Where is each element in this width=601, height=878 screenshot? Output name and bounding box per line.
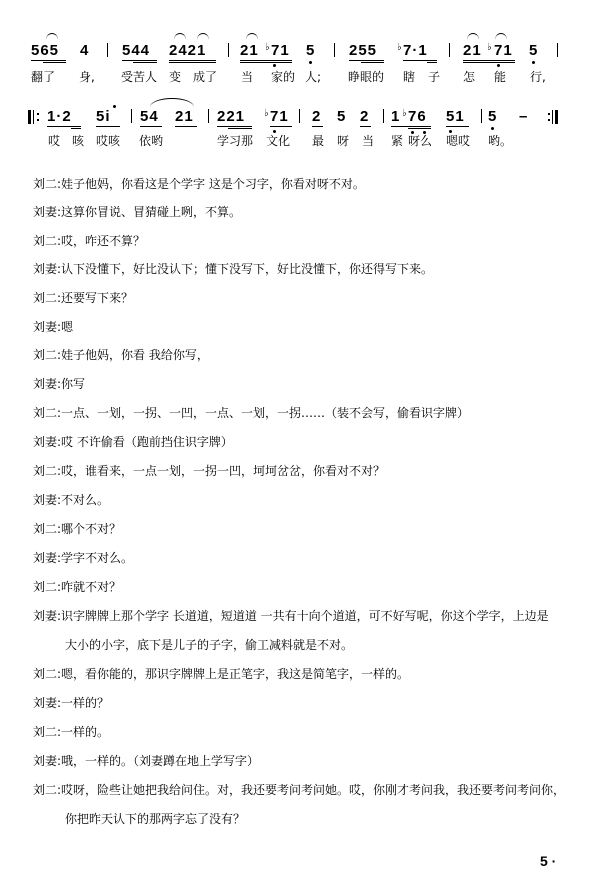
dialogue-continuation: 你把昨天认下的那两字忘了没有？ xyxy=(65,812,245,826)
dialogue-line: 刘妻:学字不对么。 xyxy=(33,551,133,565)
line-text: 哎 不许偷看（跑前挡住识字牌） xyxy=(61,435,233,449)
note-group: 1·2 xyxy=(47,109,72,125)
slur xyxy=(495,33,507,40)
lyric: 最 xyxy=(312,134,324,148)
note-group: 54 xyxy=(140,109,159,125)
line-text: 你写 xyxy=(61,377,85,391)
speaker: 刘妻: xyxy=(33,493,61,507)
slur xyxy=(150,98,194,107)
speaker: 刘妻: xyxy=(33,696,61,710)
speaker: 刘妻: xyxy=(33,320,61,334)
note-group: 544 xyxy=(122,43,150,59)
note: 2 xyxy=(360,109,369,125)
note-group: 565 xyxy=(31,43,59,59)
bar-line xyxy=(449,43,450,57)
dialogue-line: 刘妻:一样的？ xyxy=(33,696,109,710)
lyric: 嗯哎 xyxy=(446,134,470,148)
speaker: 刘二: xyxy=(33,522,61,536)
speaker: 刘二: xyxy=(33,667,61,681)
dialogue-line: 刘妻:不对么。 xyxy=(33,493,109,507)
lyric: 依哟 xyxy=(139,134,163,148)
bar-line xyxy=(107,43,108,57)
line-text: 学字不对么。 xyxy=(61,551,133,565)
dialogue-line: 刘二:哎，谁看来，一点一划，一拐一凹，坷坷岔岔，你看对不对？ xyxy=(33,464,385,478)
speaker: 刘妻: xyxy=(33,377,61,391)
note: 4 xyxy=(80,43,89,59)
lyric: 家的 xyxy=(271,70,295,84)
note-group: 255 xyxy=(349,43,377,59)
dialogue-line: 刘二:还要写下来？ xyxy=(33,291,133,305)
speaker: 刘二: xyxy=(33,291,61,305)
speaker: 刘二: xyxy=(33,234,61,248)
note-group: 21 xyxy=(463,43,482,59)
speaker: 刘妻: xyxy=(33,551,61,565)
line-text: 哎呀，险些让她把我给问住。对，我还要考问考问她。哎，你刚才考问我，我还要考问考问… xyxy=(61,783,565,797)
slur xyxy=(197,33,209,40)
lyric: 变 xyxy=(169,70,181,84)
bar-line xyxy=(228,43,229,57)
line-text: 嗯，看你能的，那识字牌牌上是正笔字，我这是简笔字，一样的。 xyxy=(61,667,409,681)
lyric: 人; xyxy=(305,70,321,84)
note-group: 2421 xyxy=(169,43,206,59)
bar-line xyxy=(334,43,335,57)
lyric: 身, xyxy=(79,70,95,84)
lyric: 成了 xyxy=(193,70,217,84)
note-group: 51 xyxy=(446,109,465,125)
flat-sign: ♭ xyxy=(487,42,492,53)
slur xyxy=(467,33,479,40)
speaker: 刘二: xyxy=(33,464,61,478)
dialogue-line: 刘妻:哦，一样的。（刘妻蹲在地上学写字） xyxy=(33,754,259,768)
speaker: 刘妻: xyxy=(33,205,61,219)
dialogue-line: 刘二:一样的。 xyxy=(33,725,109,739)
note: 5 xyxy=(337,109,346,125)
lyric: 能 xyxy=(494,70,506,84)
speaker: 刘妻: xyxy=(33,754,61,768)
flat-sign: ♭ xyxy=(264,108,269,119)
bar-line xyxy=(131,109,132,123)
lyrics-line-2: 哎 咳 哎咳 依哟 学习那 文化 最 呀 当 紧 呀么 嗯哎 哟。 xyxy=(0,134,601,150)
line-text: 哦，一样的。（刘妻蹲在地上学写字） xyxy=(61,754,259,768)
speaker: 刘妻: xyxy=(33,609,61,623)
line-text: 不对么。 xyxy=(61,493,109,507)
dialogue-line: 刘二:娃子他妈，你看这是个学字 这是个习字，你看对呀不对。 xyxy=(33,177,365,191)
dialogue-line: 刘二:一点、一划，一拐、一凹，一点、一划，一拐……（装不会写，偷看识字牌） xyxy=(33,406,469,420)
lyric: 哎 xyxy=(48,134,60,148)
dialogue-line: 刘妻:这算你冒说、冒猜碰上咧，不算。 xyxy=(33,205,241,219)
page-number: 5 · xyxy=(540,853,556,869)
lyric: 学习那 xyxy=(217,134,253,148)
lyric: 文化 xyxy=(266,134,290,148)
note-group: 5i xyxy=(96,109,111,125)
slur xyxy=(174,33,186,40)
lyric: 睁眼的 xyxy=(348,70,384,84)
lyric: 呀 xyxy=(337,134,349,148)
note: 1 xyxy=(391,109,400,125)
dialogue-line: 刘二:哎呀，险些让她把我给问住。对，我还要考问考问她。哎，你刚才考问我，我还要考… xyxy=(33,783,565,797)
slur xyxy=(46,33,58,40)
dialogue-line: 刘二:娃子他妈，你看 我给你写， xyxy=(33,348,209,362)
speaker: 刘二: xyxy=(33,725,61,739)
bar-line xyxy=(299,109,300,123)
dialogue-line: 刘妻:认下没懂下，好比没认下；懂下没写下，好比没懂下，你还得写下来。 xyxy=(33,262,433,276)
bar-line xyxy=(208,109,209,123)
note-group: 21 xyxy=(240,43,259,59)
line-text: 娃子他妈，你看 我给你写， xyxy=(61,348,209,362)
lyric: 瞎 xyxy=(403,70,415,84)
slur xyxy=(246,33,258,40)
note-group: 71 xyxy=(494,43,513,59)
line-text: 一样的。 xyxy=(61,725,109,739)
speaker: 刘二: xyxy=(33,348,61,362)
line-text: 一样的？ xyxy=(61,696,109,710)
bar-line xyxy=(557,43,558,57)
dialogue-line: 刘二:哪个不对？ xyxy=(33,522,121,536)
line-text: 识字牌牌上那个学字 长道道，短道道 一共有十向个道道，可不好写呢，你这个学字，上… xyxy=(61,609,549,623)
lyrics-line-1: 翻了 身, 受苦人 变 成了 当 家的 人; 睁眼的 瞎 子 怎 能 行, xyxy=(0,70,601,86)
dialogue-line: 刘二:嗯，看你能的，那识字牌牌上是正笔字，我这是简笔字，一样的。 xyxy=(33,667,409,681)
line-text: 这算你冒说、冒猜碰上咧，不算。 xyxy=(61,205,241,219)
dialogue-continuation: 大小的小字，底下是儿子的子字，偷工减料就是不对。 xyxy=(65,638,353,652)
speaker: 刘二: xyxy=(33,580,61,594)
note-group: 21 xyxy=(175,109,194,125)
dialogue-line: 刘妻:识字牌牌上那个学字 长道道，短道道 一共有十向个道道，可不好写呢，你这个学… xyxy=(33,609,549,623)
lyric: 行, xyxy=(530,70,546,84)
line-text: 哎，谁看来，一点一划，一拐一凹，坷坷岔岔，你看对不对？ xyxy=(61,464,385,478)
lyric: 受苦人 xyxy=(121,70,157,84)
dialogue-line: 刘妻:嗯 xyxy=(33,320,73,334)
line-text: 哎，咋还不算？ xyxy=(61,234,145,248)
line-text: 娃子他妈，你看这是个学字 这是个习字，你看对呀不对。 xyxy=(61,177,365,191)
note: 5 xyxy=(488,109,497,125)
repeat-end-sign xyxy=(548,113,550,115)
lyric: 呀么 xyxy=(408,134,432,148)
note-group: 7·1 xyxy=(403,43,428,59)
lyric: 紧 xyxy=(391,134,403,148)
lyric: 当 xyxy=(362,134,374,148)
dialogue-line: 刘二:咋就不对？ xyxy=(33,580,121,594)
line-text: 嗯 xyxy=(61,320,73,334)
note: 5 xyxy=(306,43,315,59)
dialogue-line: 刘妻:你写 xyxy=(33,377,85,391)
flat-sign: ♭ xyxy=(265,42,270,53)
note: 5 xyxy=(529,43,538,59)
line-text: 还要写下来？ xyxy=(61,291,133,305)
line-text: 认下没懂下，好比没认下；懂下没写下，好比没懂下，你还得写下来。 xyxy=(61,262,433,276)
bar-line xyxy=(383,109,384,123)
lyric: 翻了 xyxy=(31,70,55,84)
note: 2 xyxy=(312,109,321,125)
bar-line xyxy=(481,109,482,123)
flat-sign: ♭ xyxy=(402,108,407,119)
flat-sign: ♭ xyxy=(397,42,402,53)
repeat-start-sign xyxy=(28,110,31,124)
speaker: 刘二: xyxy=(33,783,61,797)
note-group: 76 xyxy=(408,109,427,125)
lyric: 子 xyxy=(428,70,440,84)
dialogue-line: 刘妻:哎 不许偷看（跑前挡住识字牌） xyxy=(33,435,233,449)
score-line-1: 565 4 544 2421 21 ♭ 71 5 255 ♭ 7·1 21 ♭ … xyxy=(0,30,601,70)
speaker: 刘二: xyxy=(33,406,61,420)
dialogue-line: 刘二:哎，咋还不算？ xyxy=(33,234,145,248)
speaker: 刘二: xyxy=(33,177,61,191)
note-dash: – xyxy=(519,109,528,125)
lyric: 咳 xyxy=(72,134,84,148)
note-group: 71 xyxy=(271,43,290,59)
line-text: 咋就不对？ xyxy=(61,580,121,594)
lyric: 怎 xyxy=(463,70,475,84)
line-text: 哪个不对？ xyxy=(61,522,121,536)
note-group: 71 xyxy=(270,109,289,125)
speaker: 刘妻: xyxy=(33,435,61,449)
note-group: 221 xyxy=(217,109,245,125)
lyric: 当 xyxy=(241,70,253,84)
lyric: 哟。 xyxy=(488,134,512,148)
speaker: 刘妻: xyxy=(33,262,61,276)
line-text: 一点、一划，一拐、一凹，一点、一划，一拐……（装不会写，偷看识字牌） xyxy=(61,406,469,420)
lyric: 哎咳 xyxy=(96,134,120,148)
